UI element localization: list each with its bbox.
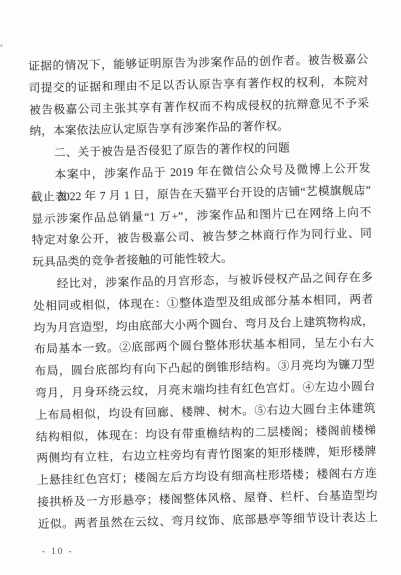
page-number: - 10 - (42, 546, 74, 556)
document-page: 证据的情况下，能够证明原告为涉案作品的创作者。被告极嘉公司提交的证据和理由不足以… (0, 0, 401, 575)
scan-artifact (0, 44, 3, 47)
body-text: 证据的情况下，能够证明原告为涉案作品的创作者。被告极嘉公司提交的证据和理由不足以… (28, 49, 378, 536)
